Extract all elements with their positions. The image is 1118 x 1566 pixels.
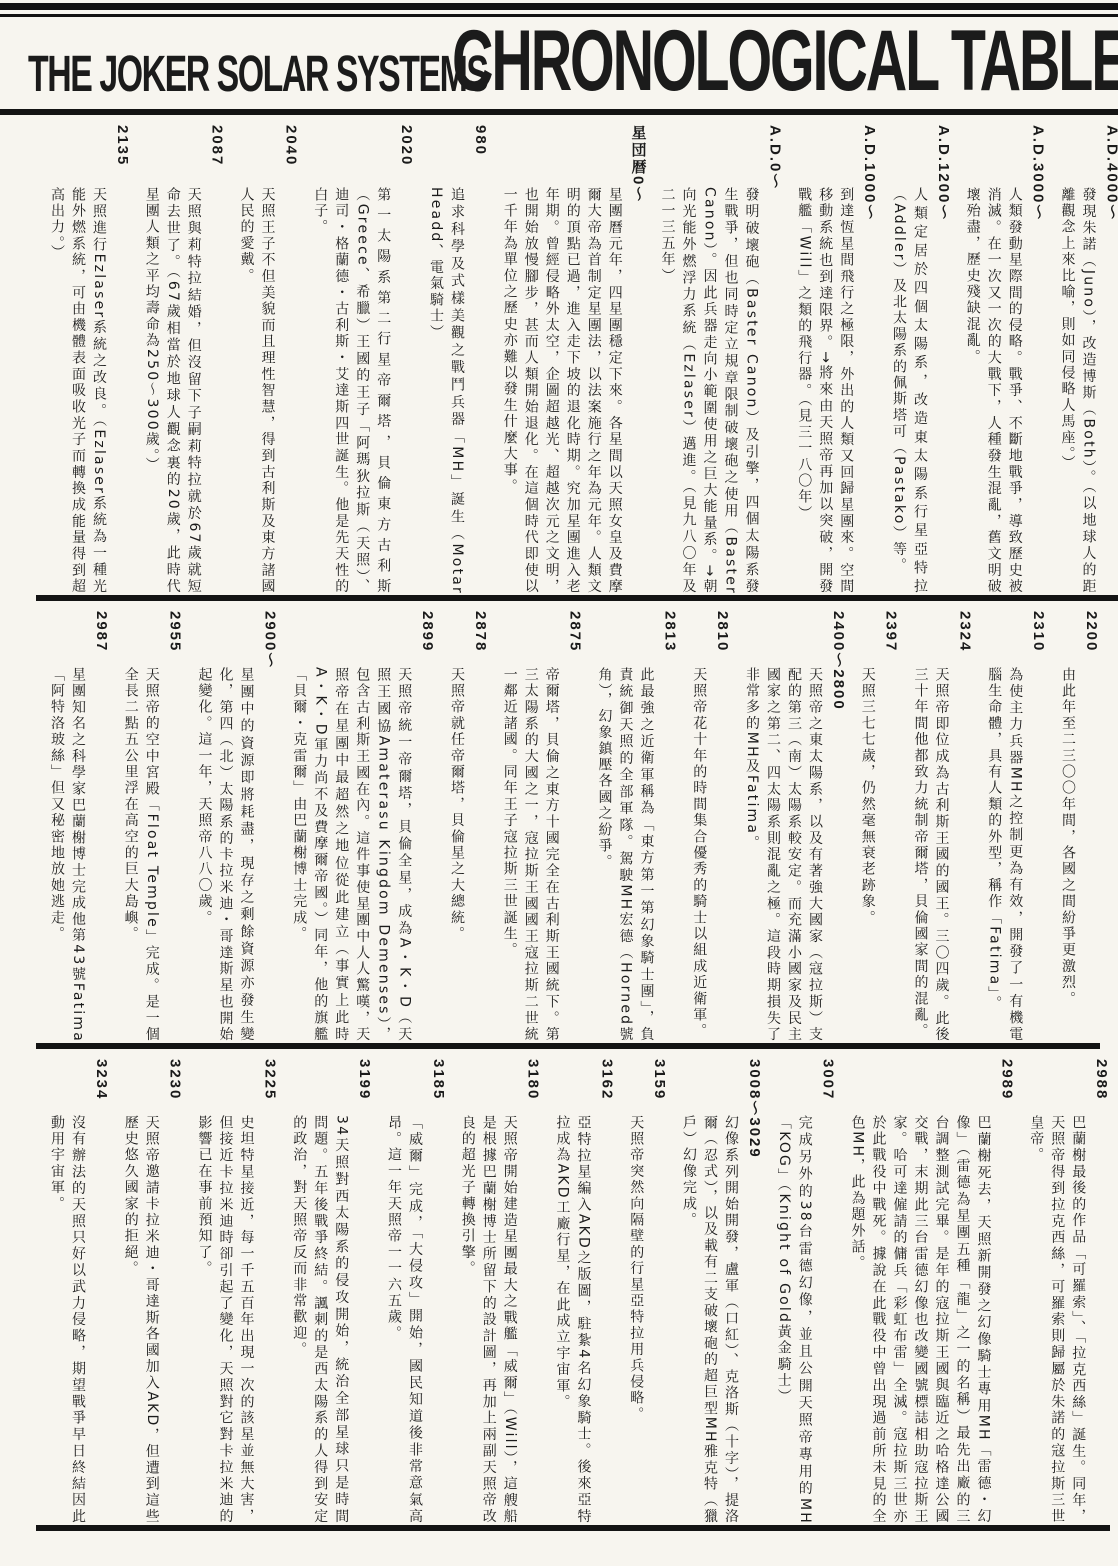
entry-year: 2020 — [396, 125, 415, 595]
entry-year: 2810 — [712, 611, 731, 1043]
entry-text: 亞特拉星編入AKD之版圖，駐紮4名幻象騎士。後來亞特拉成為AKD工廠行星，在此成… — [552, 1059, 594, 1525]
entry-text: 史坦特星接近，每一千五百年出現一次的該星並無大害，但接近卡拉米迪時卻引起了變化，… — [194, 1059, 257, 1525]
entry-year: 3199 — [354, 1059, 373, 1525]
page-title: CHRONOLOGICAL TABLE — [452, 12, 1118, 111]
chronology-entry: 2087 天照與莉特拉結婚，但沒留下子嗣莉特拉就於67歲就短命去世了。（67歲相… — [141, 125, 226, 595]
chronology-entry: 2135 天照進行Ezlaser系統之改良。（Ezlaser系統為一種光能外燃系… — [46, 125, 131, 595]
entry-year: 3162 — [597, 1059, 616, 1525]
entry-text: 天照帝的空中宮殿「Float Temple」完成。是一個全長二點五公里浮在高空的… — [120, 611, 162, 1043]
chronology-entry: 2875 帝爾塔，貝倫之東方十國完全在古利斯王國統下。第三太陽系的大國之一，寇拉… — [499, 611, 584, 1043]
entry-year: 2040 — [281, 125, 300, 595]
entry-text: 沒有辦法的天照只好以武力侵略，期望戰爭早日終結因此動用宇宙軍。 — [46, 1059, 88, 1525]
entry-year: 2955 — [165, 611, 184, 1043]
chronological-table-page: THE JOKER SOLAR SYSTEMS CHRONOLOGICAL TA… — [0, 0, 1118, 1566]
chronology-entry: 2310 為使主力兵器MH之控制更為有效，開發了一有機電腦生命體，具有人類的外型… — [983, 611, 1047, 1043]
entry-year: 2087 — [207, 125, 226, 595]
entry-year: A.D.1000〜 — [859, 125, 878, 595]
chronology-entry: 3008〜3029 幻像系列開始開發，盧軍（口紅）、克洛斯（十字），提洛爾（忍式… — [678, 1059, 763, 1525]
entry-text: 天照王子不但美貌而且理性智慧，得到古利斯及東方諸國人民的愛戴。 — [236, 125, 278, 595]
entry-year: 2899 — [417, 611, 436, 1043]
era-band-2200-to-2987: 2200 由此年至二三〇〇年間，各國之間紛爭更激烈。 2310 為使主力兵器MH… — [36, 601, 1100, 1049]
chronology-entry: 2397 天照三七七歲，仍然毫無衰老跡象。 — [857, 611, 900, 1043]
era-band-2988-to-3234: 2988 巴蘭榭最後的作品「可羅索」、「拉克西絲」誕生。同年，天照帝得到拉克西絲… — [36, 1049, 1110, 1531]
entry-year: 2200 — [1081, 611, 1100, 1043]
chronology-entry: 2955 天照帝的空中宮殿「Float Temple」完成。是一個全長二點五公里… — [120, 611, 184, 1043]
chronology-entry: 3225 史坦特星接近，每一千五百年出現一次的該星並無大害，但接近卡拉米迪時卻引… — [194, 1059, 279, 1525]
entry-text: 巴蘭榭最後的作品「可羅索」、「拉克西絲」誕生。同年，天照帝得到拉克西絲，可羅索則… — [1025, 1059, 1088, 1525]
chronology-entry: 2813 此最強之近衛軍稱為「東方第一第幻象騎士團」，負責統御天照的全部軍隊。駕… — [594, 611, 679, 1043]
entry-year: A.D.0〜 — [765, 125, 784, 595]
entry-text: 巴蘭榭死去，天照新開發之幻像騎士專用MH「雷德・幻像」（雷德為星團五種「龍」之一… — [847, 1059, 994, 1525]
chronology-entry: 2989 巴蘭榭死去，天照新開發之幻像騎士專用MH「雷德・幻像」（雷德為星團五種… — [847, 1059, 1016, 1525]
chronology-entry: 3230 天照帝邀請卡拉米迪・哥達斯各國加入AKD，但遭到這些歷史悠久國家的拒絕… — [120, 1059, 184, 1525]
chronology-entry: 980 追求科學及式樣美觀之戰鬥兵器「MH」誕生（Motar Headd、電氣騎… — [425, 125, 489, 595]
entry-text: 為使主力兵器MH之控制更為有效，開發了一有機電腦生命體，具有人類的外型，稱作「F… — [983, 611, 1025, 1043]
entry-year: 2989 — [997, 1059, 1016, 1525]
chronology-entry: 2040 天照王子不但美貌而且理性智慧，得到古利斯及東方諸國人民的愛戴。 — [236, 125, 300, 595]
entry-year: 3230 — [165, 1059, 184, 1525]
chronology-entry: 3159 天照帝突然向隔壁的行星亞特拉用兵侵略。 — [625, 1059, 668, 1525]
entry-year: 3185 — [428, 1059, 447, 1525]
chronology-entry: A.D.0〜 發明破壞砲（Baster Canon）及引擎，四個太陽系發生戰爭，… — [657, 125, 784, 595]
chronology-entry: 2200 由此年至二三〇〇年間，各國之間紛爭更激烈。 — [1057, 611, 1100, 1043]
entry-text: 此最強之近衛軍稱為「東方第一第幻象騎士團」，負責統御天照的全部軍隊。駕駛MH宏德… — [594, 611, 657, 1043]
entry-year: 3234 — [91, 1059, 110, 1525]
entry-text: 天照帝即位成為古利斯王國的國王。三〇四歲。此後三十年間他都致力統制帝爾塔，貝倫國… — [910, 611, 952, 1043]
chronology-entry: A.D.3000〜 人類發動星際間的侵略。戰爭、不斷地戰爭，導致歷史被消滅。在一… — [962, 125, 1047, 595]
entry-text: 人類定居於四個太陽系，改造東太陽系行星亞特拉（Addler）及北太陽系的佩斯塔可… — [888, 125, 930, 595]
entry-year: 980 — [470, 125, 489, 595]
chronology-entry: A.D.1000〜 到達恆星間飛行之極限，外出的人類又回歸星團來。空間移動系統也… — [793, 125, 878, 595]
entry-text: 34天照對西太陽系的侵攻開始，統治全部星球只是時間問題。五年後戰爭終結。諷刺的是… — [288, 1059, 351, 1525]
entry-year: 3180 — [523, 1059, 542, 1525]
entry-year: A.D.4000〜 — [1102, 125, 1118, 595]
entry-text: 由此年至二三〇〇年間，各國之間紛爭更激烈。 — [1057, 611, 1078, 1043]
chronology-entry: 2020 第一太陽系第二行星帝爾塔，貝倫東方古利斯（Greece、希臘）王國的王… — [309, 125, 415, 595]
entry-text: 發現朱諾（Juno），改造博斯（Both）。（以地球人的距離觀念上來比喻，則如同… — [1057, 125, 1099, 595]
entry-text: 天照帝開始建造星團最大之戰艦「威爾」（Will），這艘船是根據巴蘭榭博士所留下的… — [457, 1059, 520, 1525]
entry-text: 天照帝之東太陽系，以及有著強大國家（寇拉斯）支配的第三（南）太陽系較安定。而充滿… — [741, 611, 825, 1043]
entry-year: 3007 — [818, 1059, 837, 1525]
entry-year: 2878 — [470, 611, 489, 1043]
entry-year: 2987 — [91, 611, 110, 1043]
chronology-entry: 3199 34天照對西太陽系的侵攻開始，統治全部星球只是時間問題。五年後戰爭終結… — [288, 1059, 373, 1525]
entry-text: 追求科學及式樣美觀之戰鬥兵器「MH」誕生（Motar Headd、電氣騎士） — [425, 125, 467, 595]
entry-year: 2988 — [1091, 1059, 1110, 1525]
chronology-entry: A.D.1200〜 人類定居於四個太陽系，改造東太陽系行星亞特拉（Addler）… — [888, 125, 952, 595]
entry-year: 2875 — [565, 611, 584, 1043]
entry-text: 天照帝統一帝爾塔，貝倫全星，成為A・K・D（天照王國協Amaterasu Kin… — [288, 611, 414, 1043]
chronology-entry: 2899 天照帝統一帝爾塔，貝倫全星，成為A・K・D（天照王國協Amateras… — [288, 611, 436, 1043]
entry-text: 帝爾塔，貝倫之東方十國完全在古利斯王國統下。第三太陽系的大國之一，寇拉斯王國國王… — [499, 611, 562, 1043]
chronology-entry: 3185 「威爾」完成，「大侵攻」開始，國民知道後非常意氣高昂。這一年天照帝一一… — [383, 1059, 447, 1525]
entry-text: 發明破壞砲（Baster Canon）及引擎，四個太陽系發生戰爭，但也同時定立規… — [657, 125, 762, 595]
entry-year: 2397 — [881, 611, 900, 1043]
entry-text: 「威爾」完成，「大侵攻」開始，國民知道後非常意氣高昂。這一年天照帝一一六五歲。 — [383, 1059, 425, 1525]
series-title: THE JOKER SOLAR SYSTEMS — [28, 44, 488, 103]
entry-text: 星團曆元年，四星團穩定下來。各星間以天照女皇及費摩爾大帝為首制定星團法，以法案施… — [499, 125, 625, 595]
entry-text: 天照帝突然向隔壁的行星亞特拉用兵侵略。 — [625, 1059, 646, 1525]
chronology-entry: 3007 完成另外的38台雷德幻像，並且公開天照帝專用的MH「KOG」（Knig… — [773, 1059, 837, 1525]
entry-text: 天照與莉特拉結婚，但沒留下子嗣莉特拉就於67歲就短命去世了。（67歲相當於地球人… — [141, 125, 204, 595]
chronology-entry: 3180 天照帝開始建造星團最大之戰艦「威爾」（Will），這艘船是根據巴蘭榭博… — [457, 1059, 542, 1525]
chronology-entry: A.D.4000〜 發現朱諾（Juno），改造博斯（Both）。（以地球人的距離… — [1057, 125, 1118, 595]
entry-year: 2310 — [1028, 611, 1047, 1043]
chronology-entry: 2878 天照帝就任帝爾塔，貝倫星之大總統。 — [446, 611, 489, 1043]
chronology-entry: 2400〜2800 天照帝之東太陽系，以及有著強大國家（寇拉斯）支配的第三（南）… — [741, 611, 847, 1043]
entry-year: 2324 — [955, 611, 974, 1043]
entry-year: 星団暦0〜 — [628, 125, 647, 595]
chronology-entry: 2987 星團知名之科學家巴蘭榭博士完成他第43號Fatima「阿特洛玻絲」但又… — [46, 611, 110, 1043]
entry-year: 2135 — [112, 125, 131, 595]
entry-text: 到達恆星間飛行之極限，外出的人類又回歸星團來。空間移動系統也到達限界。→將來由天… — [793, 125, 856, 595]
entry-year: 2400〜2800 — [828, 611, 847, 1043]
entry-text: 天照帝邀請卡拉米迪・哥達斯各國加入AKD，但遭到這些歷史悠久國家的拒絕。 — [120, 1059, 162, 1525]
page-header: THE JOKER SOLAR SYSTEMS CHRONOLOGICAL TA… — [0, 17, 1118, 109]
chronology-entry: 3162 亞特拉星編入AKD之版圖，駐紮4名幻象騎士。後來亞特拉成為AKD工廠行… — [552, 1059, 616, 1525]
entry-text: 第一太陽系第二行星帝爾塔，貝倫東方古利斯（Greece、希臘）王國的王子「阿瑪狄… — [309, 125, 393, 595]
chronology-entry: 3234 沒有辦法的天照只好以武力侵略，期望戰爭早日終結因此動用宇宙軍。 — [46, 1059, 110, 1525]
entry-text: 星團知名之科學家巴蘭榭博士完成他第43號Fatima「阿特洛玻絲」但又秘密地放她… — [46, 611, 88, 1043]
entry-year: 3008〜3029 — [744, 1059, 763, 1525]
entry-year: 3159 — [649, 1059, 668, 1525]
entry-text: 星團中的資源即將耗盡，現存之剩餘資源亦發生變化，第四（北）太陽系的卡拉米迪・哥達… — [194, 611, 257, 1043]
entry-text: 幻像系列開始開發，盧軍（口紅）、克洛斯（十字），提洛爾（忍式），以及載有二支破壞… — [678, 1059, 741, 1525]
chronology-entry: 2324 天照帝即位成為古利斯王國的國王。三〇四歲。此後三十年間他都致力統制帝爾… — [910, 611, 974, 1043]
entry-text: 完成另外的38台雷德幻像，並且公開天照帝專用的MH「KOG」（Knight of… — [773, 1059, 815, 1525]
entry-year: 2813 — [660, 611, 679, 1043]
entry-text: 人類發動星際間的侵略。戰爭、不斷地戰爭，導致歷史被消滅。在一次又一次的大戰下，人… — [962, 125, 1025, 595]
chronology-entry: 2988 巴蘭榭最後的作品「可羅索」、「拉克西絲」誕生。同年，天照帝得到拉克西絲… — [1025, 1059, 1110, 1525]
entry-year: A.D.1200〜 — [933, 125, 952, 595]
entry-text: 天照帝就任帝爾塔，貝倫星之大總統。 — [446, 611, 467, 1043]
entry-year: A.D.3000〜 — [1028, 125, 1047, 595]
chronology-entry: 2900〜 星團中的資源即將耗盡，現存之剩餘資源亦發生變化，第四（北）太陽系的卡… — [194, 611, 279, 1043]
chronology-entry: 2810 天照帝花十年的時間集合優秀的騎士以組成近衛軍。 — [688, 611, 731, 1043]
top-bar — [0, 3, 1118, 10]
entry-text: 天照帝花十年的時間集合優秀的騎士以組成近衛軍。 — [688, 611, 709, 1043]
entry-year: 3225 — [260, 1059, 279, 1525]
era-band-ad-to-2135: A.D.5000〜 這段期間與地球情況相似。 A.D.4000〜 發現朱諾（Ju… — [36, 115, 1118, 601]
entry-text: 天照三七七歲，仍然毫無衰老跡象。 — [857, 611, 878, 1043]
entry-text: 天照進行Ezlaser系統之改良。（Ezlaser系統為一種光能外燃系統，可由機… — [46, 125, 109, 595]
entry-year: 2900〜 — [260, 611, 279, 1043]
chronology-entry: 星団暦0〜 星團曆元年，四星團穩定下來。各星間以天照女皇及費摩爾大帝為首制定星團… — [499, 125, 647, 595]
